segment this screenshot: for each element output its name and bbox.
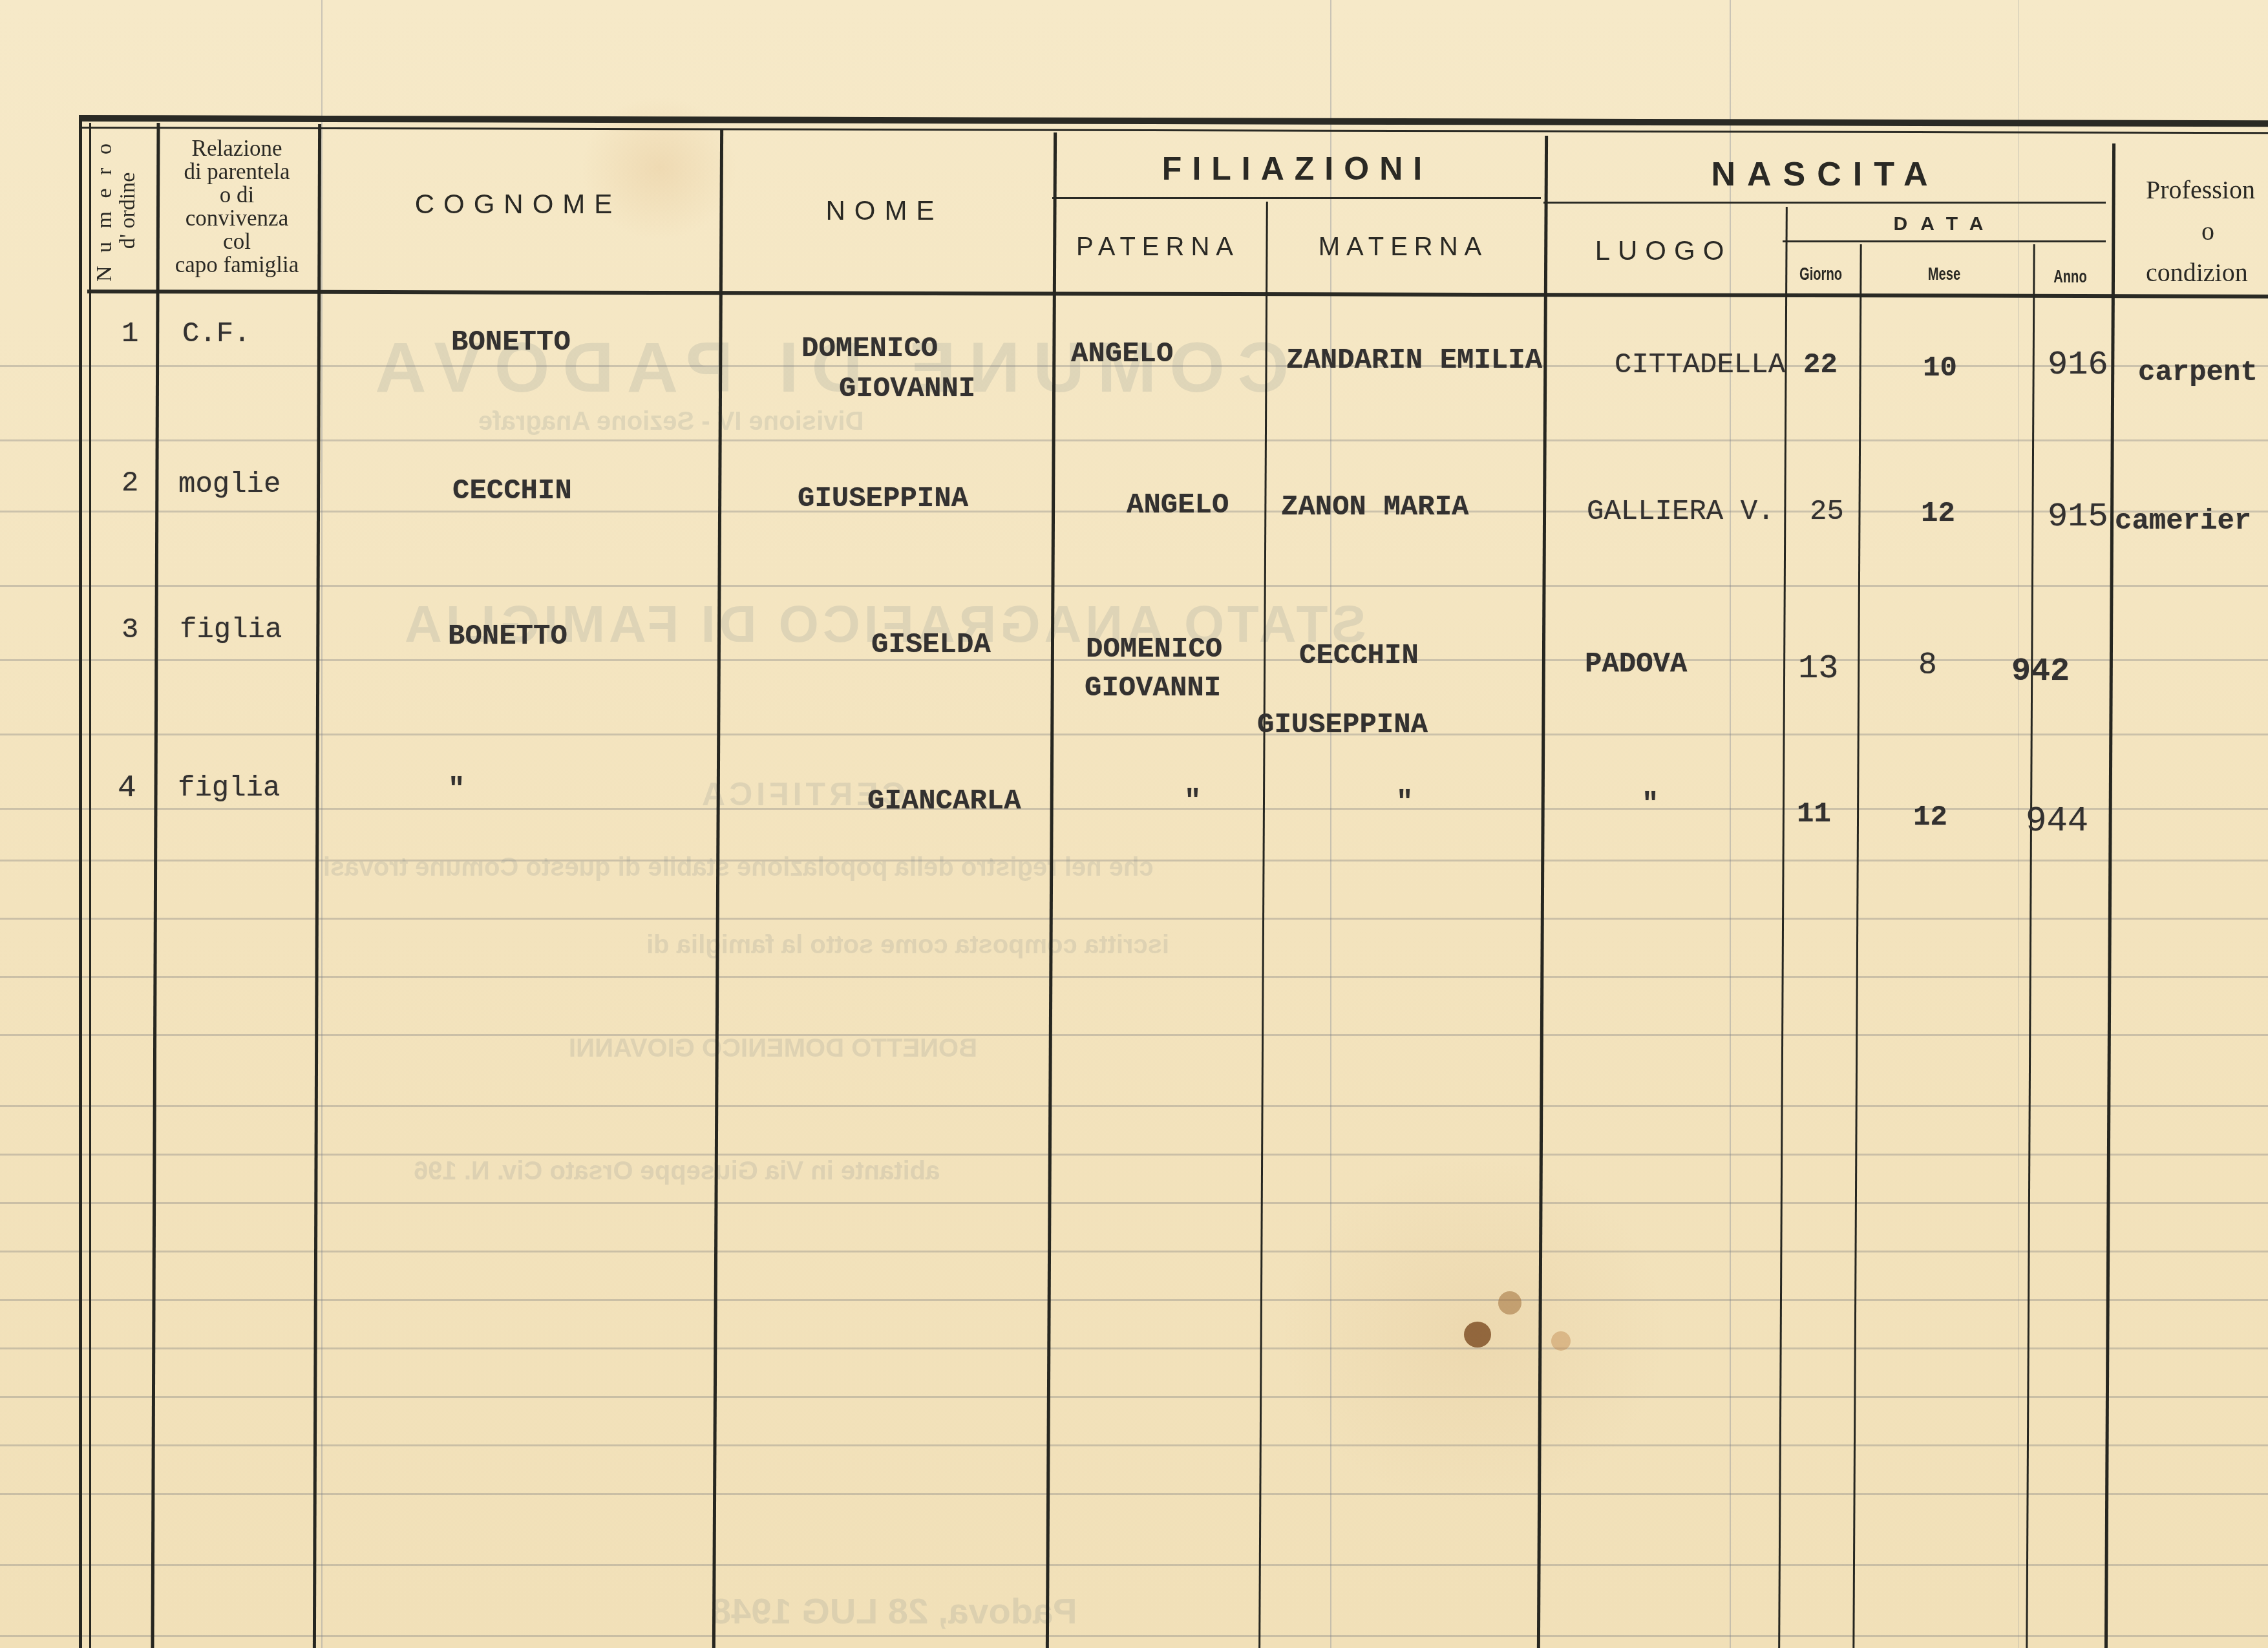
row-mese: 12 bbox=[1921, 494, 1955, 533]
ruling-horizontal bbox=[0, 1202, 2268, 1204]
row-paterna-line2: GIOVANNI bbox=[1085, 669, 1221, 708]
row-relazione: figlia bbox=[180, 611, 282, 650]
row-materna: " bbox=[1396, 783, 1413, 822]
header-numero-ordine: N u m e r o d' ordine bbox=[93, 120, 140, 301]
ruling-horizontal bbox=[0, 1396, 2268, 1398]
ruling-horizontal bbox=[0, 1347, 2268, 1349]
row-luogo: GALLIERA V. bbox=[1587, 492, 1774, 531]
header-materna: MATERNA bbox=[1266, 233, 1541, 262]
row-materna: ZANDARIN EMILIA bbox=[1286, 341, 1542, 380]
ruling-horizontal bbox=[0, 976, 2268, 978]
row-relazione: moglie bbox=[178, 465, 281, 504]
ruling-horizontal bbox=[0, 1105, 2268, 1107]
bleed-through-subtitle: Divisione IV - Sezione Anagrafe bbox=[478, 407, 864, 436]
row-paterna: " bbox=[1184, 782, 1201, 821]
ruling-horizontal bbox=[0, 1444, 2268, 1446]
row-materna: ZANON MARIA bbox=[1281, 488, 1468, 527]
row-giorno: 25 bbox=[1810, 492, 1844, 531]
row-luogo: " bbox=[1642, 785, 1659, 824]
header-filiazioni: FILIAZIONI bbox=[1054, 150, 1541, 187]
bleed-through-text: BONETTO DOMENICO GIOVANNI bbox=[569, 1034, 977, 1063]
row-mese: 10 bbox=[1923, 349, 1957, 388]
ruling-vertical bbox=[321, 0, 323, 1648]
header-luogo: LUOGO bbox=[1545, 235, 1782, 266]
row-paterna: DOMENICO bbox=[1086, 630, 1222, 669]
row-professione: camerier bbox=[2115, 502, 2251, 541]
ink-stain bbox=[1498, 1291, 1521, 1315]
ruling-horizontal bbox=[0, 585, 2268, 587]
row-relazione: figlia bbox=[178, 769, 280, 808]
ruling-horizontal bbox=[0, 1154, 2268, 1156]
filiazioni-divider bbox=[1052, 197, 1541, 199]
bleed-through-text: che nel registro della popolazione stabi… bbox=[323, 853, 1154, 882]
header-professione: Profession o condizion bbox=[2112, 169, 2268, 293]
header-data: DATA bbox=[1784, 213, 2106, 235]
row-cognome: CECCHIN bbox=[452, 472, 572, 511]
col-border-left bbox=[79, 120, 82, 1648]
ink-stain bbox=[1464, 1322, 1491, 1347]
row-anno: 916 bbox=[2048, 346, 2108, 385]
row-anno: 942 bbox=[2011, 653, 2070, 692]
ruling-horizontal bbox=[0, 1564, 2268, 1566]
header-nascita: NASCITA bbox=[1545, 155, 2106, 194]
row-giorno: 11 bbox=[1797, 795, 1831, 834]
bleed-through-text: abitante in Via Giuseppe Orsato Civ. N. … bbox=[414, 1157, 940, 1186]
ruling-horizontal bbox=[0, 439, 2268, 441]
ruling-horizontal bbox=[0, 734, 2268, 735]
row-nome: DOMENICO bbox=[801, 330, 938, 368]
header-cognome: COGNOME bbox=[320, 189, 716, 220]
row-mese: 8 bbox=[1918, 646, 1937, 685]
row-anno: 944 bbox=[2026, 803, 2088, 841]
header-giorno: Giorno bbox=[1795, 264, 1846, 284]
row-professione: carpent bbox=[2138, 354, 2258, 392]
row-cognome: " bbox=[448, 770, 465, 809]
row-luogo: CITTADELLA bbox=[1615, 346, 1785, 385]
row-paterna: ANGELO bbox=[1071, 335, 1173, 374]
ruling-horizontal bbox=[0, 1493, 2268, 1495]
ruling-vertical bbox=[2018, 0, 2019, 1648]
row-mese: 12 bbox=[1913, 798, 1947, 837]
row-nome: GIANCARLA bbox=[867, 782, 1021, 821]
row-paterna: ANGELO bbox=[1127, 486, 1229, 525]
header-mese: Mese bbox=[1883, 264, 2006, 284]
nascita-divider bbox=[1543, 202, 2106, 204]
bleed-through-stamp: Padova, 28 LUG 1948 bbox=[711, 1590, 1077, 1632]
data-divider bbox=[1783, 240, 2106, 242]
ruling-horizontal bbox=[0, 1034, 2268, 1036]
row-anno: 915 bbox=[2048, 498, 2108, 536]
header-relazione: Relazione di parentela o di convivenza c… bbox=[158, 137, 315, 277]
row-giorno: 22 bbox=[1803, 346, 1838, 385]
row-numero: 4 bbox=[118, 769, 136, 808]
row-nome-line2: GIOVANNI bbox=[839, 370, 975, 408]
row-relazione: C.F. bbox=[182, 315, 251, 354]
row-numero: 2 bbox=[122, 464, 138, 503]
row-materna-line2: GIUSEPPINA bbox=[1257, 706, 1428, 745]
header-anno: Anno bbox=[2043, 266, 2098, 287]
row-cognome: BONETTO bbox=[451, 323, 571, 362]
row-nome: GISELDA bbox=[871, 626, 991, 664]
header-nome: NOME bbox=[719, 195, 1050, 226]
row-giorno: 13 bbox=[1798, 650, 1838, 688]
row-nome: GIUSEPPINA bbox=[798, 480, 968, 518]
ruling-horizontal bbox=[0, 1299, 2268, 1301]
ruling-horizontal bbox=[0, 1635, 2268, 1637]
ink-stain bbox=[1551, 1331, 1571, 1351]
row-luogo: PADOVA bbox=[1585, 645, 1687, 684]
row-numero: 1 bbox=[122, 315, 138, 354]
header-paterna: PATERNA bbox=[1054, 233, 1262, 262]
row-numero: 3 bbox=[122, 611, 138, 650]
ruling-horizontal bbox=[0, 918, 2268, 920]
bleed-through-text: iscritta composta come sotto la famiglia… bbox=[646, 931, 1169, 960]
row-cognome: BONETTO bbox=[448, 617, 567, 656]
col-border-left-inner bbox=[89, 123, 91, 1648]
ruling-horizontal bbox=[0, 1251, 2268, 1252]
row-materna: CECCHIN bbox=[1299, 637, 1419, 675]
